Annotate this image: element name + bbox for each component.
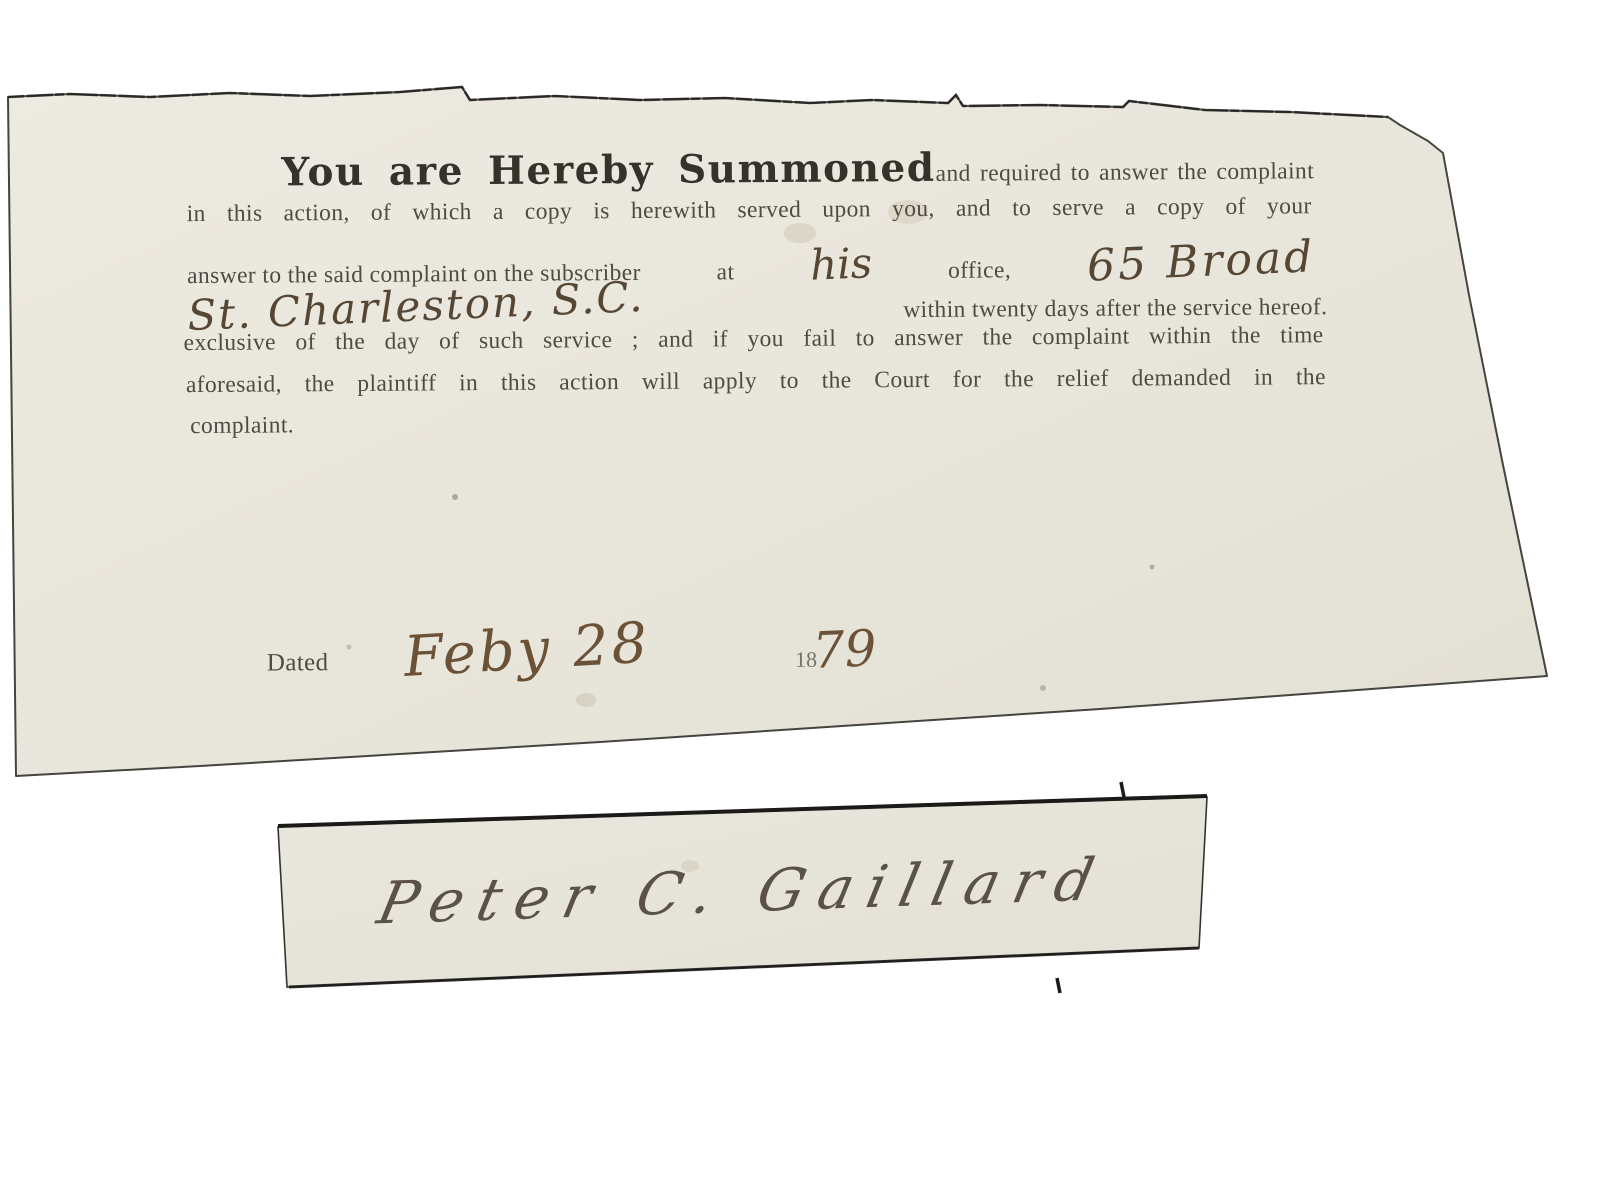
dated-row: Dated Feby 28 18 79 [267, 614, 1067, 685]
handwritten-date: Feby 28 [402, 610, 652, 690]
body-line-7: complaint. [190, 412, 294, 440]
dated-label: Dated [267, 649, 329, 677]
body-line-2: in this action, of which a copy is herew… [187, 193, 1312, 228]
photo-background: You are Hereby Summoned and required to … [0, 0, 1600, 1200]
signature-text: Peter C. Gaillard [372, 845, 1114, 938]
handwritten-year: 79 [812, 619, 878, 680]
body-line-6: aforesaid, the plaintiff in this action … [186, 364, 1326, 399]
summons-heading-continuation: and required to answer the complaint [935, 158, 1314, 188]
strip-tick-mark [1057, 978, 1060, 993]
summons-heading-row: You are Hereby Summoned and required to … [281, 142, 1311, 195]
summons-heading: You are Hereby Summoned [281, 145, 935, 196]
summons-document: You are Hereby Summoned and required to … [0, 0, 1600, 801]
signature-strip: Peter C. Gaillard [296, 806, 1190, 975]
line4-printed: within twenty days after the service her… [903, 294, 1327, 324]
